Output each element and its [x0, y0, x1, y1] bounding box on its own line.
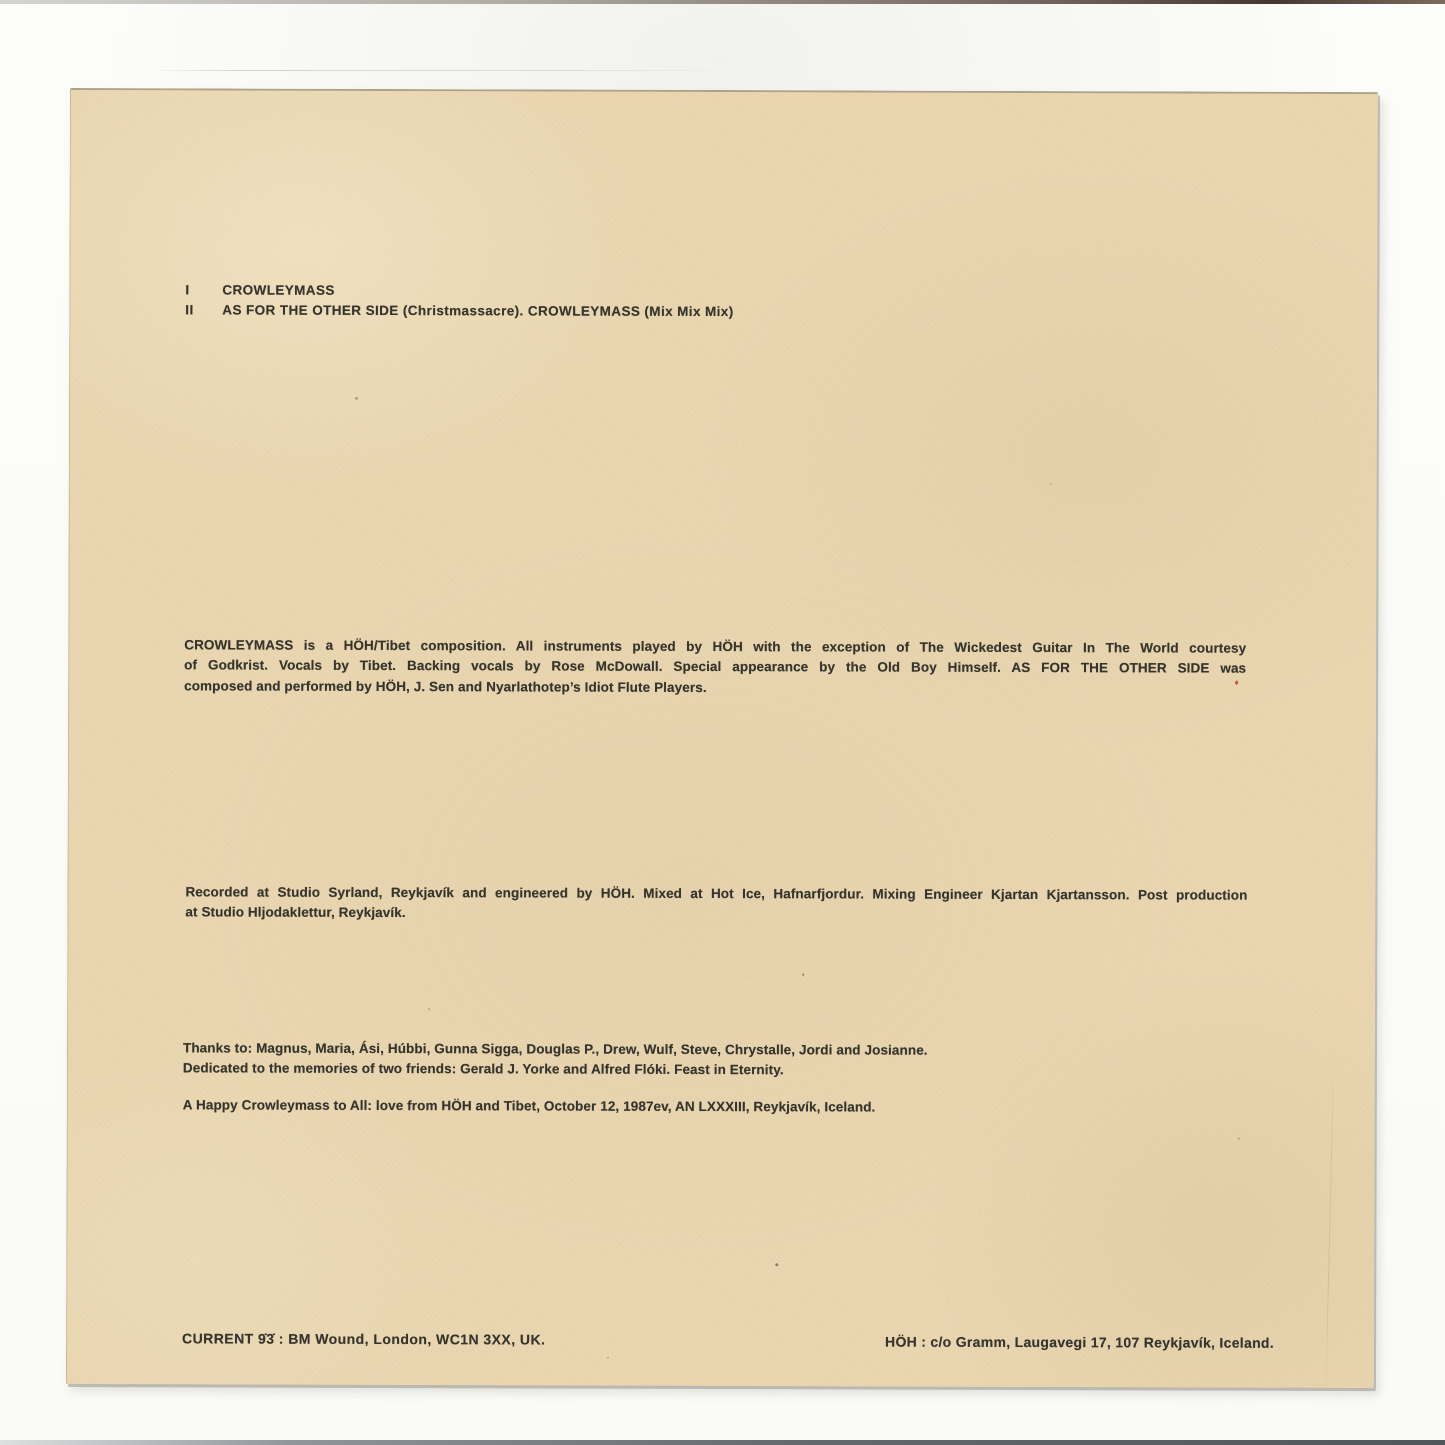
track-row: II AS FOR THE OTHER SIDE (Christmassacre… — [185, 300, 1085, 323]
track-number: I — [185, 280, 222, 300]
track-row: I CROWLEYMASS — [185, 280, 1085, 303]
thanks-paragraph: Thanks to: Magnus, Maria, Ási, Húbbi, Gu… — [183, 1038, 1283, 1082]
paper-speck — [355, 397, 358, 400]
greeting-text: A Happy Crowleymass to All: love from HÖ… — [183, 1095, 1283, 1119]
recording-paragraph: Recorded at Studio Syrland, Reykjavík an… — [185, 882, 1247, 926]
recording-line: at Studio Hljodaklettur, Reykjavík. — [185, 903, 1247, 927]
paper-speck — [428, 1008, 430, 1010]
credits-paragraph: CROWLEYMASS is a HÖH/Tibet composition. … — [184, 635, 1246, 700]
track-title: AS FOR THE OTHER SIDE (Christmassacre). … — [222, 300, 733, 322]
tracklist: I CROWLEYMASS II AS FOR THE OTHER SIDE (… — [185, 280, 1085, 323]
track-title: CROWLEYMASS — [222, 280, 334, 300]
track-number: II — [185, 300, 222, 320]
greeting-line: A Happy Crowleymass to All: love from HÖ… — [183, 1095, 1283, 1119]
scanner-edge-bottom — [0, 1440, 1445, 1445]
scan-artifact-line — [148, 70, 748, 71]
paper-speck — [1050, 483, 1052, 485]
credits-line: composed and performed by HÖH, J. Sen an… — [184, 676, 1246, 700]
scanner-edge-top — [0, 0, 1445, 4]
record-sleeve-back-cover: I CROWLEYMASS II AS FOR THE OTHER SIDE (… — [66, 88, 1378, 1388]
label-contact: CURRENT 9̇3̇ : BM Wound, London, WC1N 3X… — [182, 1330, 545, 1347]
dedication-line: Dedicated to the memories of two friends… — [183, 1059, 1283, 1083]
paper-speck — [775, 1263, 778, 1266]
artist-contact: HÖH : c/o Gramm, Laugavegi 17, 107 Reykj… — [885, 1334, 1274, 1351]
paper-crease — [1325, 1049, 1334, 1389]
paper-speck — [1235, 681, 1238, 685]
paper-speck — [802, 973, 804, 976]
paper-speck — [1238, 1138, 1240, 1140]
paper-speck — [607, 1357, 609, 1359]
